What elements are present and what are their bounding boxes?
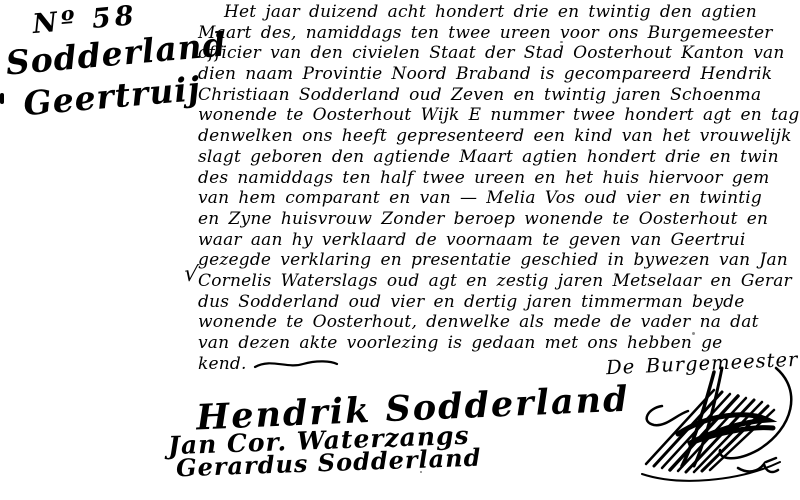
official-signature-flourish-icon [618, 362, 800, 497]
manuscript-line: dus Sodderland oud vier en dertig jaren … [198, 292, 800, 313]
manuscript-line: slagt geboren den agtiende Maart agtien … [198, 147, 800, 168]
manuscript-line: en Zyne huisvrouw Zonder beroep wonende … [198, 209, 800, 230]
manuscript-line: dien naam Provintie Noord Braband is gec… [198, 64, 800, 85]
scan-speck [692, 332, 695, 335]
act-text: Het jaar duizend acht hondert drie en tw… [198, 2, 800, 374]
manuscript-line: denwelken ons heeft gepresenteerd een ki… [198, 126, 800, 147]
manuscript-line: Cornelis Waterslags oud agt en zestig ja… [198, 271, 800, 292]
scan-speck [420, 471, 422, 473]
manuscript-line: officier van den civielen Staat der Stad… [198, 43, 800, 64]
scan-speck [0, 93, 4, 104]
scan-speck [560, 41, 563, 43]
pen-swash-icon [253, 356, 339, 370]
document-page: Nº 58 Sodderland Geertruij Het jaar duiz… [0, 0, 800, 500]
manuscript-line: van dezen akte voorlezing is gedaan met … [198, 333, 800, 354]
manuscript-line: waar aan hy verklaard de voornaam te gev… [198, 230, 800, 251]
manuscript-line: van hem comparant en van — Melia Vos oud… [198, 188, 800, 209]
manuscript-line: Het jaar duizend acht hondert drie en tw… [198, 2, 800, 23]
manuscript-line: wonende te Oosterhout Wijk E nummer twee… [198, 105, 800, 126]
manuscript-line: des namiddags ten half twee ureen en het… [198, 168, 800, 189]
closing-word: kend. [198, 354, 247, 375]
manuscript-line: gezegde verklaring en presentatie geschi… [198, 250, 800, 271]
scan-speck [118, 17, 120, 19]
manuscript-line: Maart des, namiddags ten twee ureen voor… [198, 23, 800, 44]
manuscript-line: wonende te Oosterhout, denwelke als mede… [198, 312, 800, 333]
manuscript-line: Christiaan Sodderland oud Zeven en twint… [198, 85, 800, 106]
